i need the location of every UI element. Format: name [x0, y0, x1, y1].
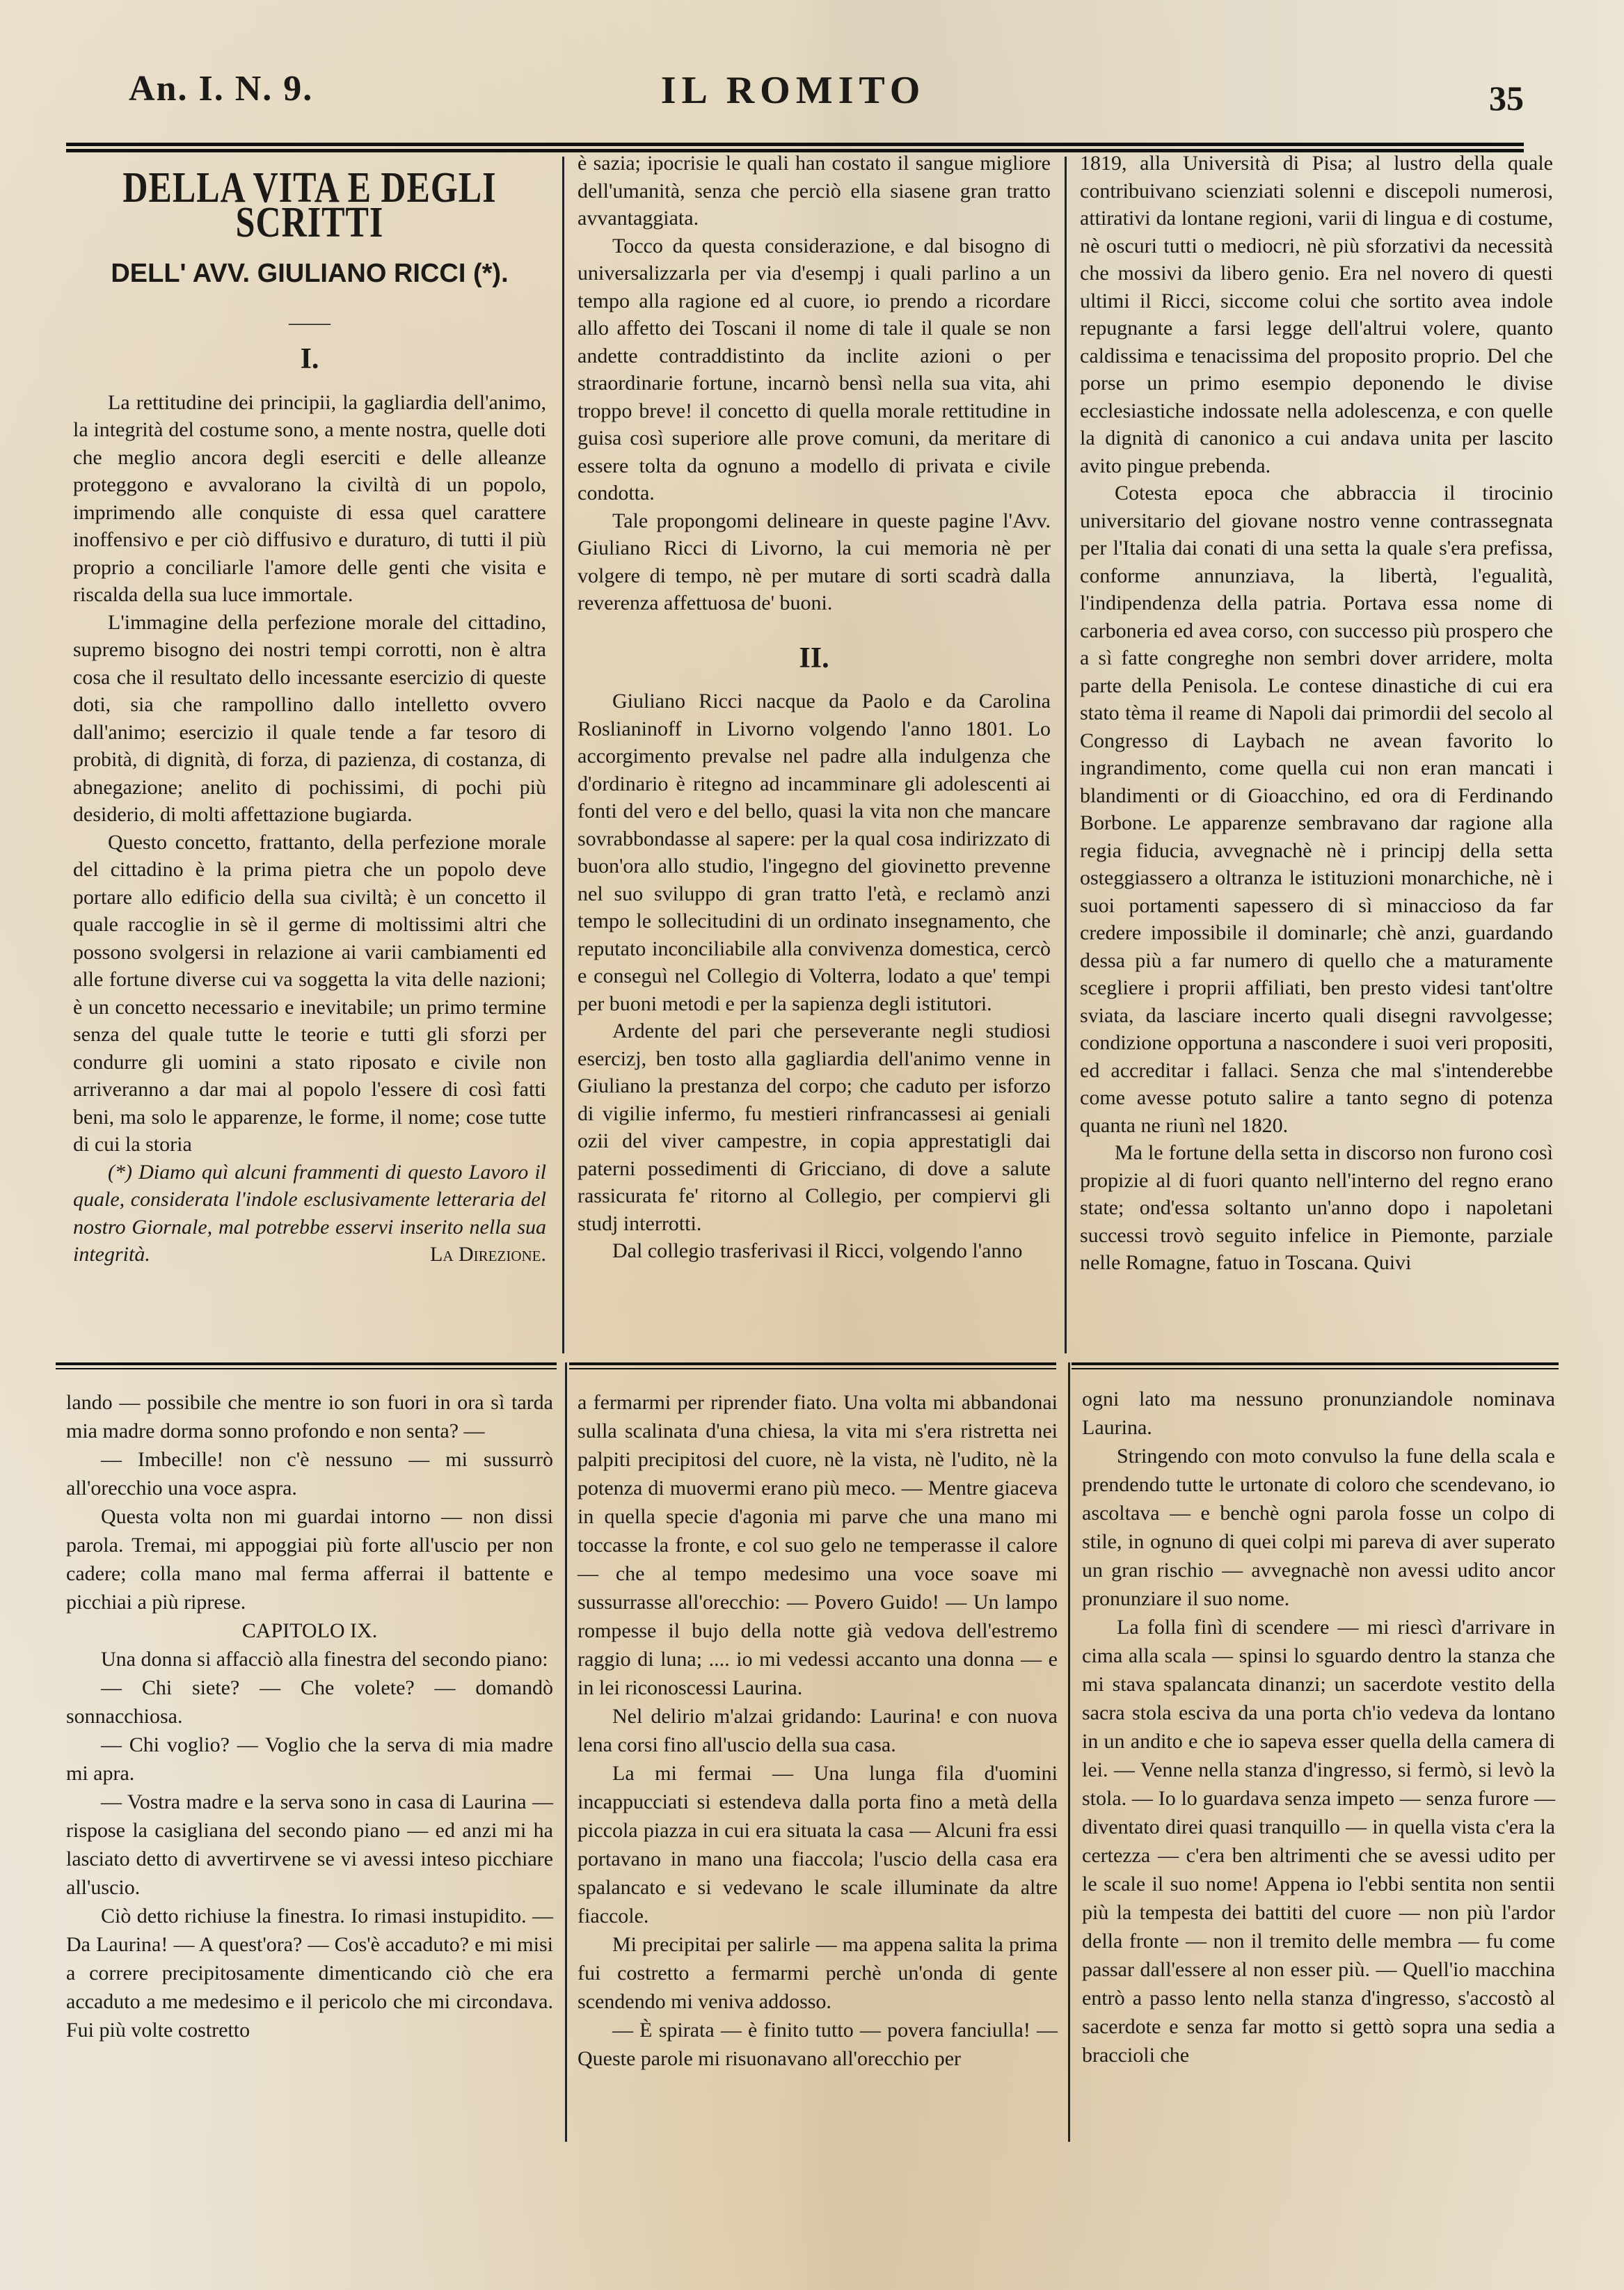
section-heading: II. — [578, 645, 1051, 673]
paragraph: a fermarmi per riprender fiato. Una volt… — [578, 1388, 1058, 1702]
newspaper-title: IL ROMITO — [63, 68, 1524, 113]
feuilleton-rule — [569, 1362, 1056, 1369]
page-number: 35 — [1489, 78, 1524, 118]
paragraph: Dal collegio trasferivasi il Ricci, volg… — [578, 1237, 1051, 1265]
paragraph: 1819, alla Università di Pisa; al lustro… — [1080, 150, 1553, 479]
column-divider — [1068, 1362, 1070, 2142]
paragraph: La folla finì di scendere — mi riescì d'… — [1082, 1613, 1555, 2069]
article-subtitle: DELL' AVV. GIULIANO RICCI (*). — [73, 260, 546, 288]
column-divider — [565, 1362, 567, 2142]
paragraph: Mi precipitai per salirle — ma appena sa… — [578, 1930, 1058, 2016]
article-column-2: è sazia; ipocrisie le quali han costato … — [578, 150, 1051, 1265]
paragraph: — È spirata — è finito tutto — povera fa… — [578, 2016, 1058, 2073]
paragraph: Giuliano Ricci nacque da Paolo e da Caro… — [578, 687, 1051, 1017]
paragraph: Ardente del pari che perseverante negli … — [578, 1017, 1051, 1237]
paragraph: Ciò detto richiuse la finestra. Io rimas… — [66, 1902, 553, 2044]
paragraph: Stringendo con moto convulso la fune del… — [1082, 1442, 1555, 1613]
paragraph: Tale propongomi delineare in queste pagi… — [578, 507, 1051, 617]
paragraph: lando — possibile che mentre io son fuor… — [66, 1388, 553, 1445]
paragraph: ogni lato ma nessuno pronunziandole nomi… — [1082, 1385, 1555, 1442]
newspaper-page: An. I. N. 9. IL ROMITO 35 DELLA VITA E D… — [0, 0, 1624, 2290]
paragraph: La rettitudine dei principii, la gagliar… — [73, 389, 546, 609]
paragraph: è sazia; ipocrisie le quali han costato … — [578, 150, 1051, 232]
paragraph: La mi fermai — Una lunga fila d'uomini i… — [578, 1759, 1058, 1930]
paragraph: Questa volta non mi guardai intorno — no… — [66, 1502, 553, 1616]
paragraph: Nel delirio m'alzai gridando: Laurina! e… — [578, 1702, 1058, 1759]
feuilleton-column-1: lando — possibile che mentre io son fuor… — [66, 1388, 553, 2044]
paragraph: Tocco da questa considerazione, e dal bi… — [578, 232, 1051, 507]
section-heading: I. — [73, 346, 546, 374]
column-divider — [562, 157, 564, 1353]
paragraph: Questo concetto, frattanto, della perfez… — [73, 829, 546, 1159]
feuilleton-rule — [1072, 1362, 1559, 1369]
column-divider — [1065, 157, 1067, 1353]
paragraph: — Chi siete? — Che volete? — domandò son… — [66, 1673, 553, 1731]
footnote-signature: La Direzione. — [395, 1241, 546, 1269]
paragraph: L'immagine della perfezione morale del c… — [73, 609, 546, 829]
feuilleton-column-2: a fermarmi per riprender fiato. Una volt… — [578, 1388, 1058, 2073]
paragraph: — Vostra madre e la serva sono in casa d… — [66, 1788, 553, 1902]
masthead: An. I. N. 9. IL ROMITO 35 — [63, 63, 1524, 118]
feuilleton-column-3: ogni lato ma nessuno pronunziandole nomi… — [1082, 1385, 1555, 2069]
paragraph: — Chi voglio? — Voglio che la serva di m… — [66, 1731, 553, 1788]
article-column-1: DELLA VITA E DEGLI SCRITTI DELL' AVV. GI… — [73, 164, 546, 1269]
title-separator: —— — [73, 309, 546, 337]
chapter-heading: CAPITOLO IX. — [66, 1616, 553, 1645]
paragraph: Una donna si affacciò alla finestra del … — [66, 1645, 553, 1673]
article-title: DELLA VITA E DEGLI SCRITTI — [73, 170, 546, 239]
article-column-3: 1819, alla Università di Pisa; al lustro… — [1080, 150, 1553, 1277]
footnote: (*) Diamo quì alcuni frammenti di questo… — [73, 1159, 546, 1269]
paragraph: — Imbecille! non c'è nessuno — mi sussur… — [66, 1445, 553, 1502]
feuilleton-rule — [56, 1362, 557, 1369]
paragraph: Ma le fortune della setta in discorso no… — [1080, 1139, 1553, 1277]
paragraph: Cotesta epoca che abbraccia il tirocinio… — [1080, 479, 1553, 1139]
